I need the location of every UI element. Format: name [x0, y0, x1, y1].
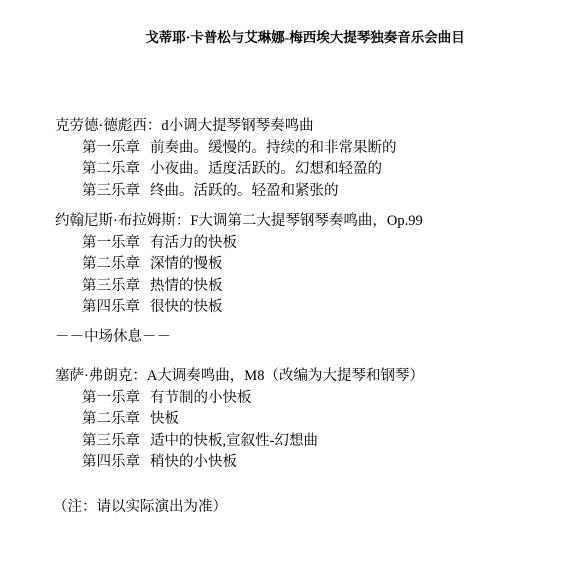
intermission-line: －－中场休息－－: [55, 327, 171, 349]
movement-row: 第三乐章 终曲。活跃的。轻盈和紧张的: [55, 181, 564, 203]
movement-label: 第一乐章: [82, 388, 150, 410]
movement-desc: 快板: [150, 409, 564, 431]
movement-desc: 前奏曲。缓慢的。持续的和非常果断的: [150, 138, 564, 160]
movement-row: 第二乐章 快板: [55, 409, 564, 431]
movement-label: 第三乐章: [82, 276, 150, 298]
movement-label: 第二乐章: [82, 409, 150, 431]
movement-desc: 有活力的快板: [150, 233, 564, 255]
movement-row: 第一乐章 有活力的快板: [55, 233, 564, 255]
movement-label: 第二乐章: [82, 254, 150, 276]
movement-row: 第四乐章 很快的快板: [55, 297, 564, 319]
movement-label: 第二乐章: [82, 159, 150, 181]
movement-desc: 有节制的小快板: [150, 388, 564, 410]
movement-desc: 热情的快板: [150, 276, 564, 298]
movement-row: 第一乐章 有节制的小快板: [55, 388, 564, 410]
movement-desc: 适中的快板,宣叙性-幻想曲: [150, 431, 564, 453]
movement-row: 第一乐章 前奏曲。缓慢的。持续的和非常果断的: [55, 138, 564, 160]
movement-desc: 很快的快板: [150, 297, 564, 319]
note-line: （注：请以实际演出为准）: [53, 497, 227, 519]
movement-desc: 终曲。活跃的。轻盈和紧张的: [150, 181, 564, 203]
movement-desc: 小夜曲。适度活跃的。幻想和轻盈的: [150, 159, 564, 181]
document-page: 戈蒂耶·卡普松与艾琳娜-梅西埃大提琴独奏音乐会曲目 克劳德·德彪西：d小调大提琴…: [0, 0, 570, 576]
movement-label: 第四乐章: [82, 452, 150, 474]
movement-row: 第三乐章 热情的快板: [55, 276, 564, 298]
movement-desc: 深情的慢板: [150, 254, 564, 276]
program-section-franck: 塞萨·弗朗克：A大调奏鸣曲，M8（改编为大提琴和钢琴） 第一乐章 有节制的小快板…: [55, 366, 564, 474]
movement-row: 第二乐章 深情的慢板: [55, 254, 564, 276]
piece-header: 约翰尼斯·布拉姆斯：F大调第二大提琴钢琴奏鸣曲，Op.99: [55, 211, 564, 233]
movement-label: 第四乐章: [82, 297, 150, 319]
movement-label: 第三乐章: [82, 181, 150, 203]
movement-desc: 稍快的小快板: [150, 452, 564, 474]
movement-label: 第一乐章: [82, 138, 150, 160]
piece-header: 克劳德·德彪西：d小调大提琴钢琴奏鸣曲: [55, 116, 564, 138]
movement-row: 第三乐章 适中的快板,宣叙性-幻想曲: [55, 431, 564, 453]
movement-row: 第四乐章 稍快的小快板: [55, 452, 564, 474]
movement-label: 第一乐章: [82, 233, 150, 255]
program-section-brahms: 约翰尼斯·布拉姆斯：F大调第二大提琴钢琴奏鸣曲，Op.99 第一乐章 有活力的快…: [55, 211, 564, 319]
movement-label: 第三乐章: [82, 431, 150, 453]
piece-header: 塞萨·弗朗克：A大调奏鸣曲，M8（改编为大提琴和钢琴）: [55, 366, 564, 388]
document-title: 戈蒂耶·卡普松与艾琳娜-梅西埃大提琴独奏音乐会曲目: [0, 26, 570, 46]
movement-row: 第二乐章 小夜曲。适度活跃的。幻想和轻盈的: [55, 159, 564, 181]
program-section-debussy: 克劳德·德彪西：d小调大提琴钢琴奏鸣曲 第一乐章 前奏曲。缓慢的。持续的和非常果…: [55, 116, 564, 202]
